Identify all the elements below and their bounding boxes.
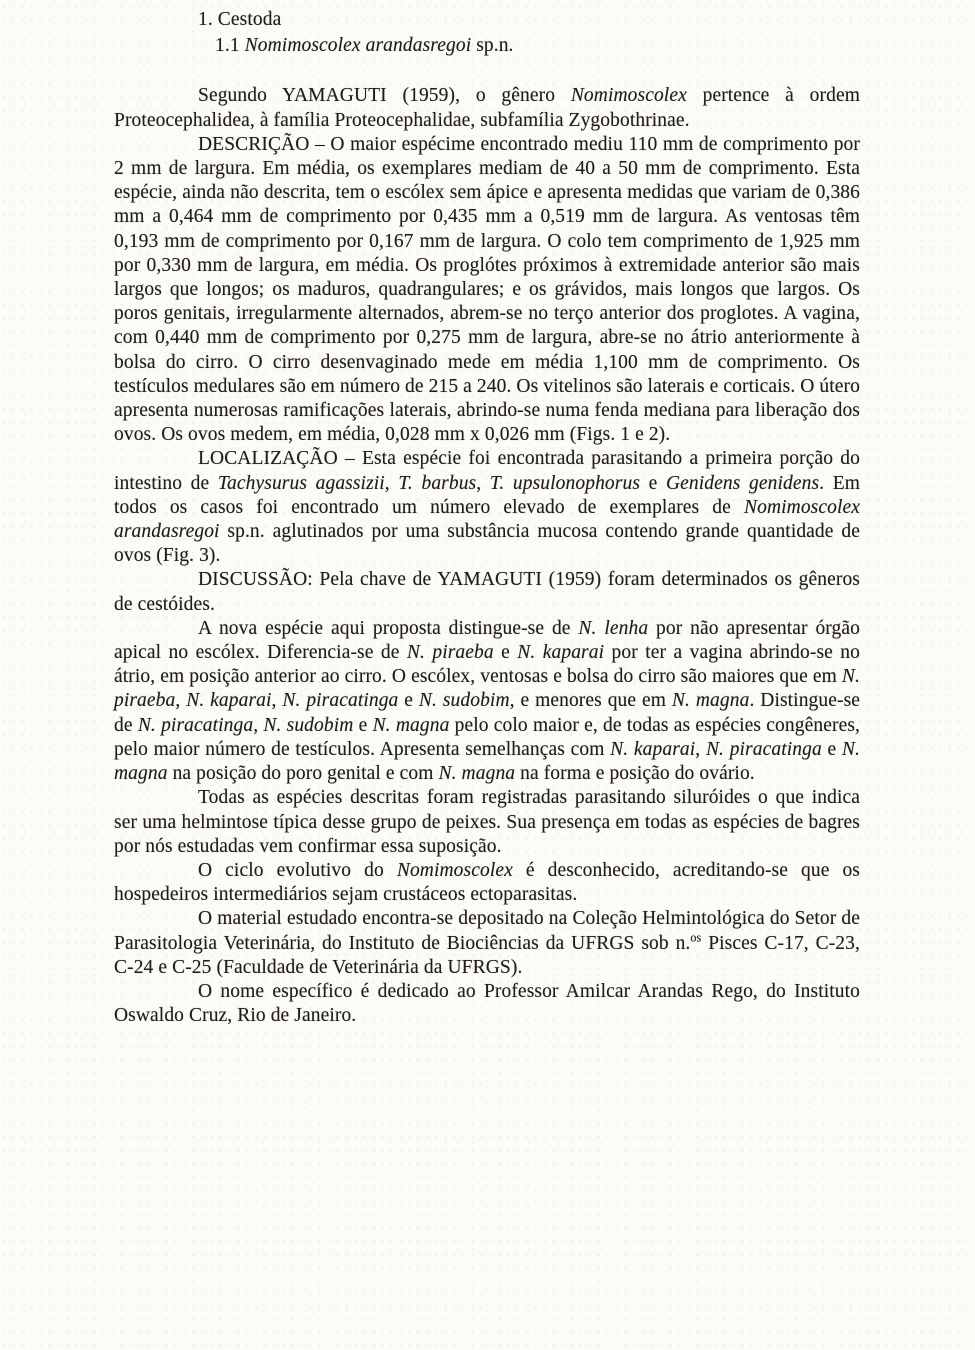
subsection-species-title: 1.1 Nomimoscolex arandasregoi sp.n. <box>215 34 860 58</box>
paragraph-material-depositado: O material estudado encontra-se deposita… <box>114 907 860 980</box>
scanned-paper-page: 1. Cestoda 1.1 Nomimoscolex arandasregoi… <box>0 0 975 1350</box>
section-title-cestoda: 1. Cestoda <box>198 8 860 32</box>
text-column: 1. Cestoda 1.1 Nomimoscolex arandasregoi… <box>114 8 860 1028</box>
paragraph-discussao: DISCUSSÃO: Pela chave de YAMAGUTI (1959)… <box>114 568 860 616</box>
paragraph-hospedeiros-siluroides: Todas as espécies descritas foram regist… <box>114 786 860 859</box>
paragraph-ciclo-evolutivo: O ciclo evolutivo do Nomimoscolex é desc… <box>114 859 860 907</box>
paragraph-diagnose-diferencial: A nova espécie aqui proposta distingue-s… <box>114 617 860 786</box>
paragraph-intro: Segundo YAMAGUTI (1959), o gênero Nomimo… <box>114 84 860 132</box>
section-heading: 1. Cestoda 1.1 Nomimoscolex arandasregoi… <box>114 8 860 58</box>
paragraph-descricao: DESCRIÇÃO – O maior espécime encontrado … <box>114 133 860 448</box>
paragraph-etimologia: O nome específico é dedicado ao Professo… <box>114 980 860 1028</box>
paragraph-localizacao: LOCALIZAÇÃO – Esta espécie foi encontrad… <box>114 447 860 568</box>
